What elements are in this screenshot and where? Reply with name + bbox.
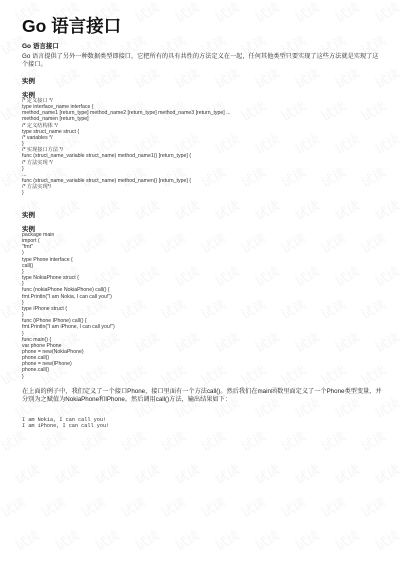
watermark-text: 试读 bbox=[357, 96, 389, 125]
watermark-text: 试读 bbox=[197, 228, 229, 257]
watermark-text: 试读 bbox=[11, 525, 43, 554]
watermark-text: 试读 bbox=[51, 195, 83, 224]
watermark-text: 试读 bbox=[291, 459, 323, 488]
watermark-text: 试读 bbox=[277, 360, 309, 389]
watermark-text: 试读 bbox=[77, 492, 109, 521]
watermark-text: 试读 bbox=[237, 294, 269, 323]
watermark-text: 试读 bbox=[0, 492, 29, 521]
watermark-text: 试读 bbox=[91, 525, 123, 554]
watermark-text: 试读 bbox=[131, 0, 163, 26]
watermark-text: 试读 bbox=[277, 294, 309, 323]
watermark-text: 试读 bbox=[211, 261, 243, 290]
watermark-text: 试读 bbox=[277, 426, 309, 455]
watermark-text: 试读 bbox=[157, 228, 189, 257]
example-heading-2: 实例 bbox=[22, 210, 35, 219]
watermark-text: 试读 bbox=[211, 459, 243, 488]
watermark-text: 试读 bbox=[117, 294, 149, 323]
watermark-text: 试读 bbox=[251, 525, 283, 554]
watermark-text: 试读 bbox=[291, 261, 323, 290]
program-output: I am Nokia, I can call you! I am iPhone,… bbox=[22, 417, 109, 429]
watermark-text: 试读 bbox=[211, 0, 243, 26]
watermark-text: 试读 bbox=[371, 327, 400, 356]
example-heading-1: 实例 bbox=[22, 76, 35, 85]
watermark-text: 试读 bbox=[237, 360, 269, 389]
watermark-text: 试读 bbox=[291, 525, 323, 554]
watermark-text: 试读 bbox=[371, 195, 400, 224]
watermark-text: 试读 bbox=[251, 261, 283, 290]
watermark-text: 试读 bbox=[357, 162, 389, 191]
watermark-text: 试读 bbox=[117, 360, 149, 389]
watermark-text: 试读 bbox=[171, 459, 203, 488]
watermark-text: 试读 bbox=[237, 162, 269, 191]
watermark-text: 试读 bbox=[331, 261, 363, 290]
watermark-text: 试读 bbox=[131, 261, 163, 290]
watermark-text: 试读 bbox=[357, 492, 389, 521]
watermark-text: 试读 bbox=[291, 195, 323, 224]
watermark-text: 试读 bbox=[251, 129, 283, 158]
watermark-text: 试读 bbox=[197, 492, 229, 521]
watermark-text: 试读 bbox=[251, 195, 283, 224]
watermark-text: 试读 bbox=[171, 261, 203, 290]
watermark-text: 试读 bbox=[117, 228, 149, 257]
watermark-text: 试读 bbox=[131, 525, 163, 554]
watermark-text: 试读 bbox=[371, 0, 400, 26]
watermark-text: 试读 bbox=[357, 360, 389, 389]
watermark-text: 试读 bbox=[331, 0, 363, 26]
intro-paragraph: Go 语言提供了另外一种数据类型即接口，它把所有的具有共性的方法定义在一起，任何… bbox=[22, 53, 382, 69]
page-title: Go 语言接口 bbox=[22, 13, 121, 38]
watermark-text: 试读 bbox=[277, 96, 309, 125]
watermark-text: 试读 bbox=[157, 492, 189, 521]
watermark-text: 试读 bbox=[171, 0, 203, 26]
watermark-text: 试读 bbox=[237, 228, 269, 257]
watermark-text: 试读 bbox=[211, 525, 243, 554]
watermark-text: 试读 bbox=[197, 360, 229, 389]
watermark-text: 试读 bbox=[357, 294, 389, 323]
watermark-text: 试读 bbox=[131, 195, 163, 224]
watermark-text: 试读 bbox=[51, 459, 83, 488]
watermark-text: 试读 bbox=[317, 426, 349, 455]
watermark-text: 试读 bbox=[37, 426, 69, 455]
watermark-text: 试读 bbox=[371, 261, 400, 290]
watermark-text: 试读 bbox=[291, 0, 323, 26]
watermark-text: 试读 bbox=[331, 525, 363, 554]
watermark-text: 试读 bbox=[317, 294, 349, 323]
watermark-text: 试读 bbox=[291, 129, 323, 158]
watermark-text: 试读 bbox=[0, 426, 29, 455]
watermark-text: 试读 bbox=[331, 129, 363, 158]
code-block-interface-syntax: /* 定义接口 */ type interface_name interface… bbox=[22, 98, 231, 197]
watermark-text: 试读 bbox=[237, 492, 269, 521]
watermark-text: 试读 bbox=[157, 360, 189, 389]
watermark-text: 试读 bbox=[357, 426, 389, 455]
watermark-text: 试读 bbox=[131, 327, 163, 356]
explanation-paragraph: 在上面的例子中，我们定义了一个接口Phone，接口里面有一个方法call()。然… bbox=[22, 388, 382, 404]
watermark-text: 试读 bbox=[331, 195, 363, 224]
watermark-text: 试读 bbox=[211, 327, 243, 356]
watermark-text: 试读 bbox=[317, 96, 349, 125]
watermark-text: 试读 bbox=[171, 327, 203, 356]
watermark-text: 试读 bbox=[91, 195, 123, 224]
watermark-text: 试读 bbox=[157, 294, 189, 323]
watermark-text: 试读 bbox=[37, 492, 69, 521]
watermark-text: 试读 bbox=[291, 327, 323, 356]
watermark-text: 试读 bbox=[317, 228, 349, 257]
watermark-text: 试读 bbox=[277, 228, 309, 257]
watermark-text: 试读 bbox=[317, 162, 349, 191]
watermark-text: 试读 bbox=[371, 459, 400, 488]
watermark-text: 试读 bbox=[277, 162, 309, 191]
watermark-text: 试读 bbox=[197, 426, 229, 455]
watermark-text: 试读 bbox=[91, 459, 123, 488]
watermark-text: 试读 bbox=[11, 459, 43, 488]
watermark-text: 试读 bbox=[211, 195, 243, 224]
watermark-text: 试读 bbox=[277, 492, 309, 521]
watermark-text: 试读 bbox=[331, 459, 363, 488]
watermark-text: 试读 bbox=[317, 360, 349, 389]
watermark-text: 试读 bbox=[317, 492, 349, 521]
watermark-text: 试读 bbox=[51, 525, 83, 554]
watermark-text: 试读 bbox=[251, 327, 283, 356]
watermark-text: 试读 bbox=[171, 525, 203, 554]
watermark-text: 试读 bbox=[371, 129, 400, 158]
watermark-text: 试读 bbox=[197, 294, 229, 323]
watermark-text: 试读 bbox=[371, 525, 400, 554]
watermark-text: 试读 bbox=[171, 195, 203, 224]
code-block-phone-example: package main import ( "fmt" ) type Phone… bbox=[22, 232, 115, 380]
watermark-text: 试读 bbox=[117, 426, 149, 455]
watermark-text: 试读 bbox=[357, 228, 389, 257]
watermark-text: 试读 bbox=[331, 327, 363, 356]
watermark-text: 试读 bbox=[237, 96, 269, 125]
section-title: Go 语言接口 bbox=[22, 41, 59, 50]
watermark-text: 试读 bbox=[77, 426, 109, 455]
watermark-text: 试读 bbox=[237, 426, 269, 455]
watermark-text: 试读 bbox=[117, 492, 149, 521]
watermark-text: 试读 bbox=[157, 426, 189, 455]
watermark-text: 试读 bbox=[131, 459, 163, 488]
watermark-text: 试读 bbox=[251, 459, 283, 488]
watermark-text: 试读 bbox=[251, 0, 283, 26]
